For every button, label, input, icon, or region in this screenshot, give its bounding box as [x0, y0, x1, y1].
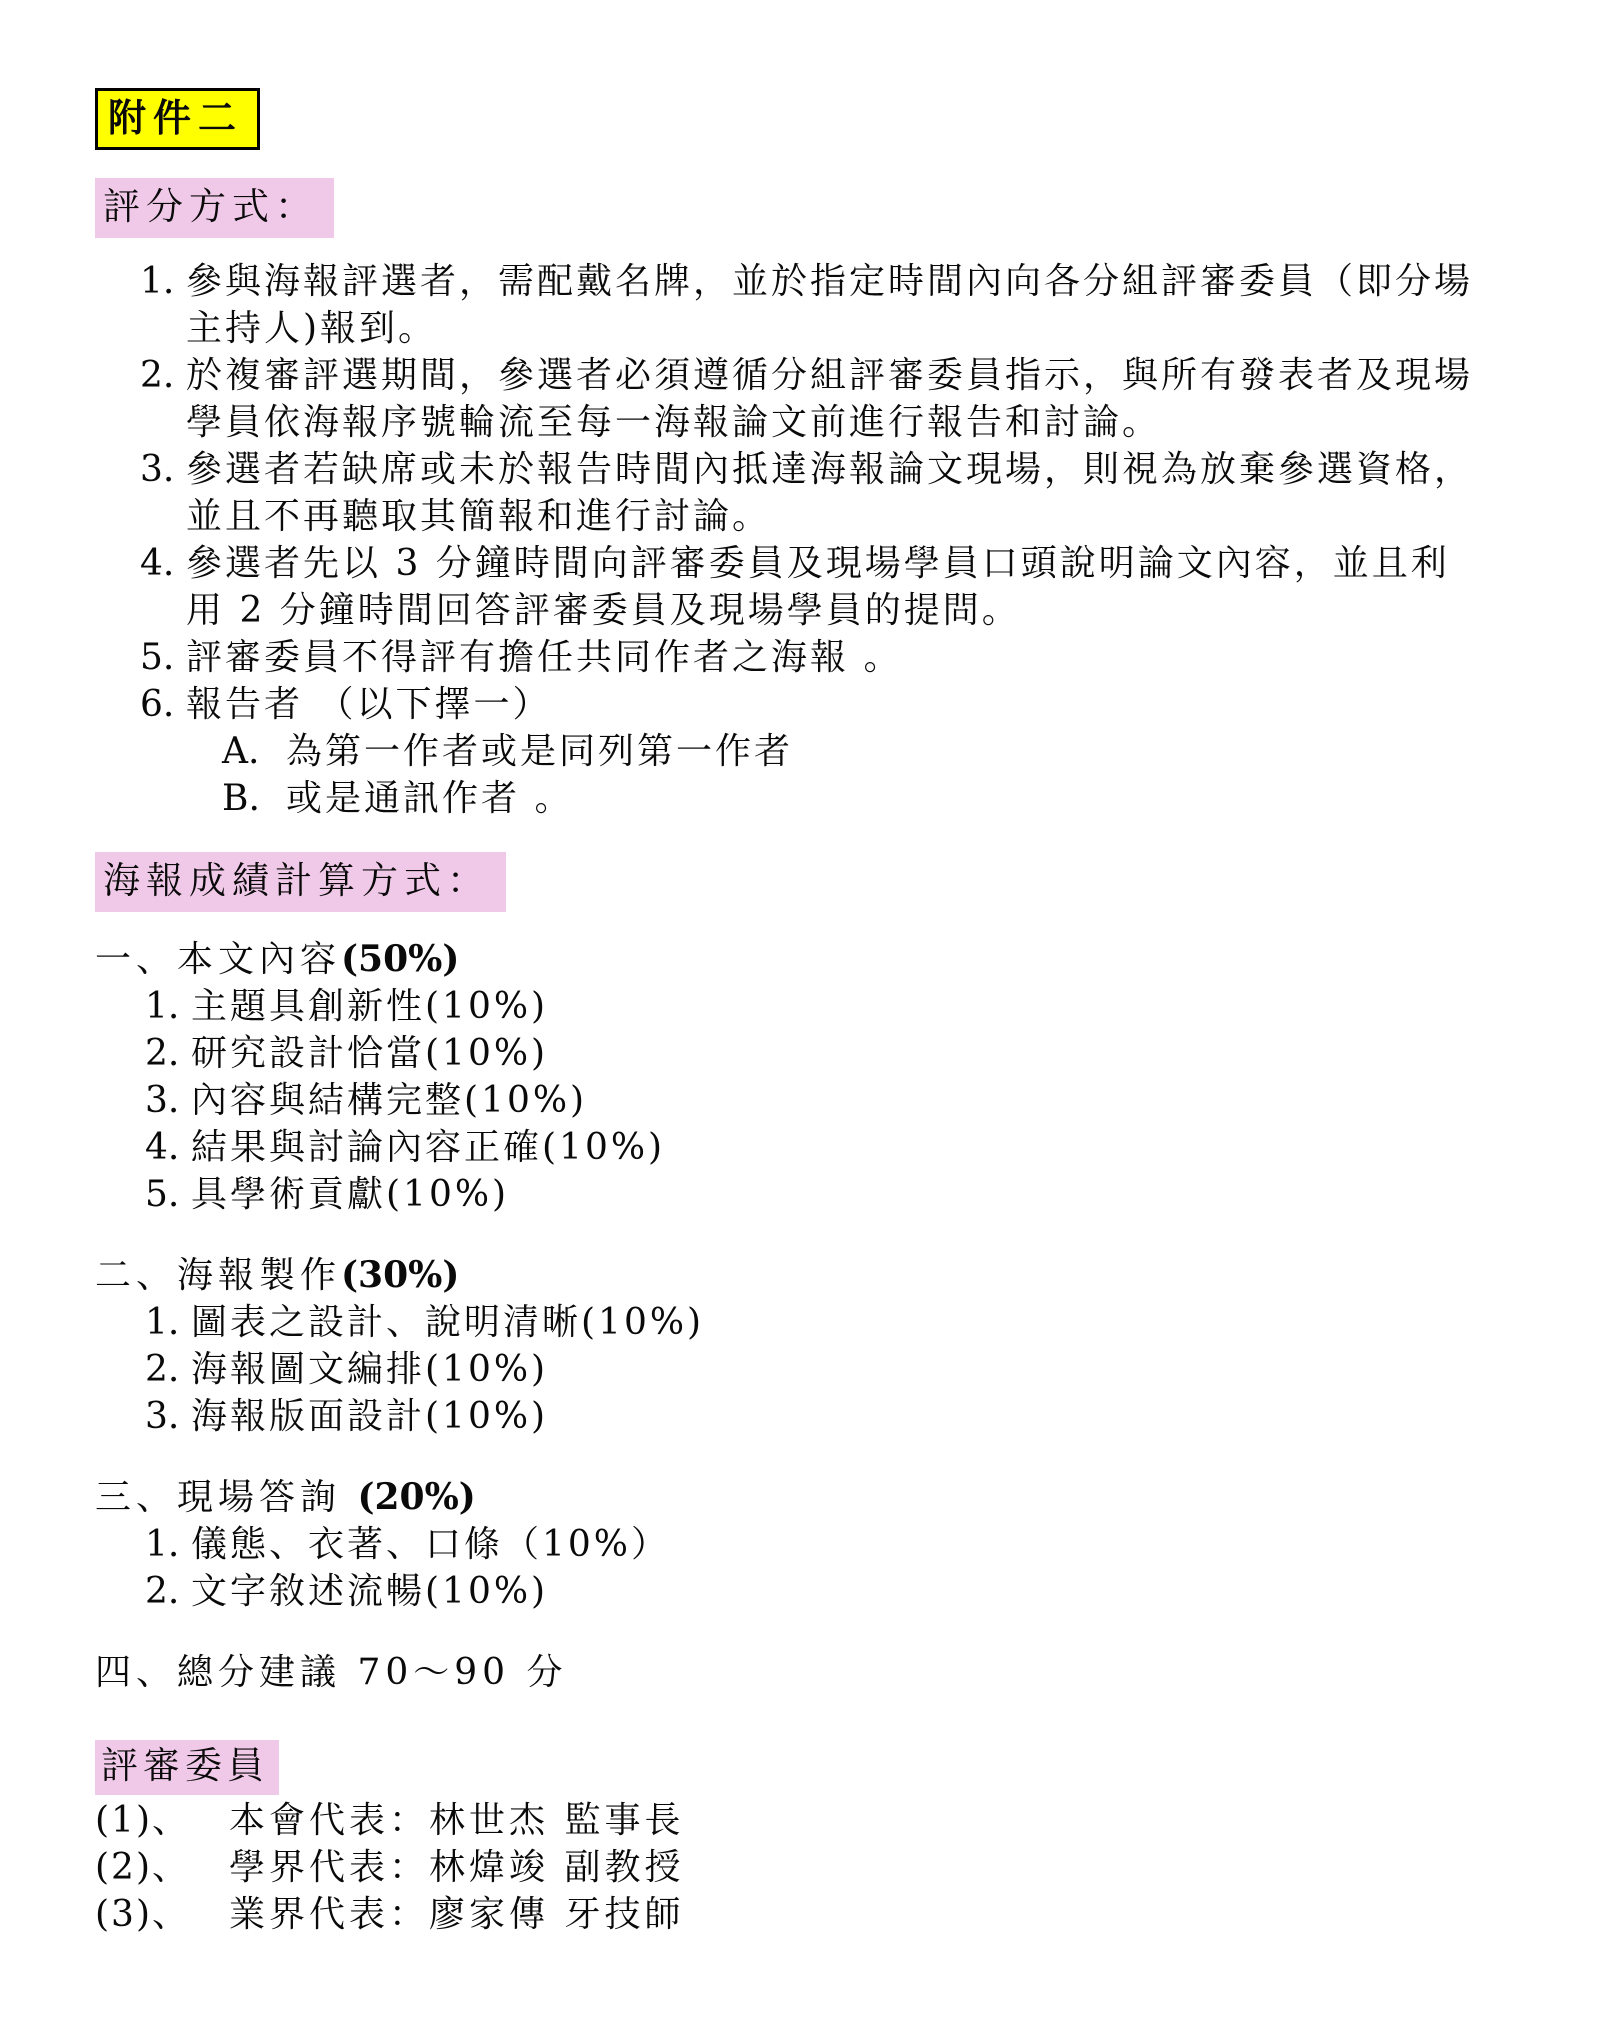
- member-text: 業界代表：廖家傳 牙技師: [229, 1891, 684, 1938]
- calc-section-content: 一、本文內容(50%) 1. 主題具創新性(10%) 2. 研究設計恰當(10%…: [95, 936, 1510, 1218]
- rule-text: 參選者若缺席或未於報告時間內抵達海報論文現場，則視為放棄參選資格，並且不再聽取其…: [186, 446, 1476, 540]
- rule-item-4: 4. 參選者先以 3 分鐘時間向評審委員及現場學員口頭說明論文內容，並且利用 2…: [140, 540, 1510, 634]
- calc-section-title: 一、本文內容(50%): [95, 936, 1510, 983]
- calc-item-number: 3.: [145, 1077, 191, 1124]
- option-label: B.: [222, 775, 286, 822]
- rule-text: 參選者先以 3 分鐘時間向評審委員及現場學員口頭說明論文內容，並且利用 2 分鐘…: [186, 540, 1476, 634]
- calc-item: 2. 研究設計恰當(10%): [145, 1030, 1510, 1077]
- calc-item: 3. 內容與結構完整(10%): [145, 1077, 1510, 1124]
- presenter-option-b: B. 或是通訊作者 。: [140, 775, 1510, 822]
- committee-list: (1)、 本會代表：林世杰 監事長 (2)、 學界代表：林煒竣 副教授 (3)、…: [95, 1797, 1510, 1938]
- committee-heading: 評審委員: [95, 1740, 279, 1795]
- scoring-heading: 評分方式：: [95, 178, 334, 238]
- calc-item: 1. 圖表之設計、說明清晰(10%): [145, 1299, 1510, 1346]
- calc-section-qa: 三、現場答詢 (20%) 1. 儀態、衣著、口條（10%） 2. 文字敘述流暢(…: [95, 1474, 1510, 1615]
- rule-text: 參與海報評選者，需配戴名牌，並於指定時間內向各分組評審委員（即分場主持人)報到。: [186, 258, 1476, 352]
- calc-section-poster: 二、海報製作(30%) 1. 圖表之設計、說明清晰(10%) 2. 海報圖文編排…: [95, 1252, 1510, 1440]
- calc-item-text: 內容與結構完整(10%): [191, 1077, 587, 1124]
- calc-item-text: 儀態、衣著、口條（10%）: [191, 1521, 670, 1568]
- calc-item-text: 圖表之設計、說明清晰(10%): [191, 1299, 704, 1346]
- option-text: 為第一作者或是同列第一作者: [286, 728, 793, 775]
- calc-section-title: 三、現場答詢 (20%): [95, 1474, 1510, 1521]
- calc-item-number: 1.: [145, 1299, 191, 1346]
- calc-item: 2. 海報圖文編排(10%): [145, 1346, 1510, 1393]
- presenter-option-a: A. 為第一作者或是同列第一作者: [140, 728, 1510, 775]
- rule-number: 2.: [140, 352, 186, 446]
- document-page: 附件二 評分方式： 1. 參與海報評選者，需配戴名牌，並於指定時間內向各分組評審…: [0, 0, 1600, 2024]
- rule-number: 1.: [140, 258, 186, 352]
- calc-item-text: 結果與討論內容正確(10%): [191, 1124, 665, 1171]
- option-text: 或是通訊作者 。: [286, 775, 573, 822]
- rule-text: 報告者 （以下擇一）: [186, 681, 1476, 728]
- member-number: (3)、: [95, 1891, 229, 1938]
- calc-item-number: 2.: [145, 1568, 191, 1615]
- calc-item-list: 1. 圖表之設計、說明清晰(10%) 2. 海報圖文編排(10%) 3. 海報版…: [95, 1299, 1510, 1440]
- rule-number: 3.: [140, 446, 186, 540]
- calc-item-number: 2.: [145, 1030, 191, 1077]
- member-number: (1)、: [95, 1797, 229, 1844]
- calc-item: 3. 海報版面設計(10%): [145, 1393, 1510, 1440]
- calc-title-percent: (20%): [357, 1476, 475, 1518]
- committee-heading-row: 評審委員: [95, 1740, 1510, 1795]
- calc-item-text: 海報圖文編排(10%): [191, 1346, 548, 1393]
- calc-item-number: 2.: [145, 1346, 191, 1393]
- calc-item: 5. 具學術貢獻(10%): [145, 1171, 1510, 1218]
- rule-item-3: 3. 參選者若缺席或未於報告時間內抵達海報論文現場，則視為放棄參選資格，並且不再…: [140, 446, 1510, 540]
- calc-item: 2. 文字敘述流暢(10%): [145, 1568, 1510, 1615]
- rule-text: 評審委員不得評有擔任共同作者之海報 。: [186, 634, 1476, 681]
- calc-item-text: 具學術貢獻(10%): [191, 1171, 509, 1218]
- committee-member-2: (2)、 學界代表：林煒竣 副教授: [95, 1844, 1510, 1891]
- calc-title-text: 四、總分建議 70～90 分: [95, 1652, 568, 1693]
- calc-item-number: 3.: [145, 1393, 191, 1440]
- rule-number: 4.: [140, 540, 186, 634]
- calc-section-title: 四、總分建議 70～90 分: [95, 1649, 1510, 1696]
- calc-item: 1. 儀態、衣著、口條（10%）: [145, 1521, 1510, 1568]
- rule-text: 於複審評選期間，參選者必須遵循分組評審委員指示，與所有發表者及現場學員依海報序號…: [186, 352, 1476, 446]
- member-text: 學界代表：林煒竣 副教授: [229, 1844, 684, 1891]
- calc-item-text: 海報版面設計(10%): [191, 1393, 548, 1440]
- calc-title-percent: (30%): [341, 1254, 459, 1296]
- rule-item-5: 5. 評審委員不得評有擔任共同作者之海報 。: [140, 634, 1510, 681]
- rule-item-2: 2. 於複審評選期間，參選者必須遵循分組評審委員指示，與所有發表者及現場學員依海…: [140, 352, 1510, 446]
- calculation-heading: 海報成績計算方式：: [95, 852, 506, 912]
- calc-title-text: 二、海報製作: [95, 1255, 341, 1296]
- scoring-heading-row: 評分方式：: [95, 178, 1510, 238]
- calc-item-text: 主題具創新性(10%): [191, 983, 548, 1030]
- calculation-heading-row: 海報成績計算方式：: [95, 852, 1510, 912]
- calc-title-text: 一、本文內容: [95, 939, 341, 980]
- rule-item-1: 1. 參與海報評選者，需配戴名牌，並於指定時間內向各分組評審委員（即分場主持人)…: [140, 258, 1510, 352]
- rule-number: 6.: [140, 681, 186, 728]
- calculation-sections: 一、本文內容(50%) 1. 主題具創新性(10%) 2. 研究設計恰當(10%…: [95, 936, 1510, 1696]
- member-number: (2)、: [95, 1844, 229, 1891]
- calc-item: 4. 結果與討論內容正確(10%): [145, 1124, 1510, 1171]
- calc-section-title: 二、海報製作(30%): [95, 1252, 1510, 1299]
- calc-section-total: 四、總分建議 70～90 分: [95, 1649, 1510, 1696]
- calc-item-number: 1.: [145, 1521, 191, 1568]
- attachment-label: 附件二: [95, 88, 260, 150]
- committee-member-3: (3)、 業界代表：廖家傳 牙技師: [95, 1891, 1510, 1938]
- calc-item-number: 1.: [145, 983, 191, 1030]
- calc-item-list: 1. 主題具創新性(10%) 2. 研究設計恰當(10%) 3. 內容與結構完整…: [95, 983, 1510, 1218]
- calc-item-text: 文字敘述流暢(10%): [191, 1568, 548, 1615]
- calc-item-number: 4.: [145, 1124, 191, 1171]
- scoring-rules-list: 1. 參與海報評選者，需配戴名牌，並於指定時間內向各分組評審委員（即分場主持人)…: [95, 258, 1510, 822]
- calc-item-number: 5.: [145, 1171, 191, 1218]
- option-label: A.: [222, 728, 286, 775]
- calc-item-text: 研究設計恰當(10%): [191, 1030, 548, 1077]
- rule-item-6: 6. 報告者 （以下擇一）: [140, 681, 1510, 728]
- calc-title-text: 三、現場答詢: [95, 1477, 357, 1518]
- calc-item-list: 1. 儀態、衣著、口條（10%） 2. 文字敘述流暢(10%): [95, 1521, 1510, 1615]
- member-text: 本會代表：林世杰 監事長: [229, 1797, 684, 1844]
- committee-member-1: (1)、 本會代表：林世杰 監事長: [95, 1797, 1510, 1844]
- calc-title-percent: (50%): [341, 938, 459, 980]
- calc-item: 1. 主題具創新性(10%): [145, 983, 1510, 1030]
- rule-number: 5.: [140, 634, 186, 681]
